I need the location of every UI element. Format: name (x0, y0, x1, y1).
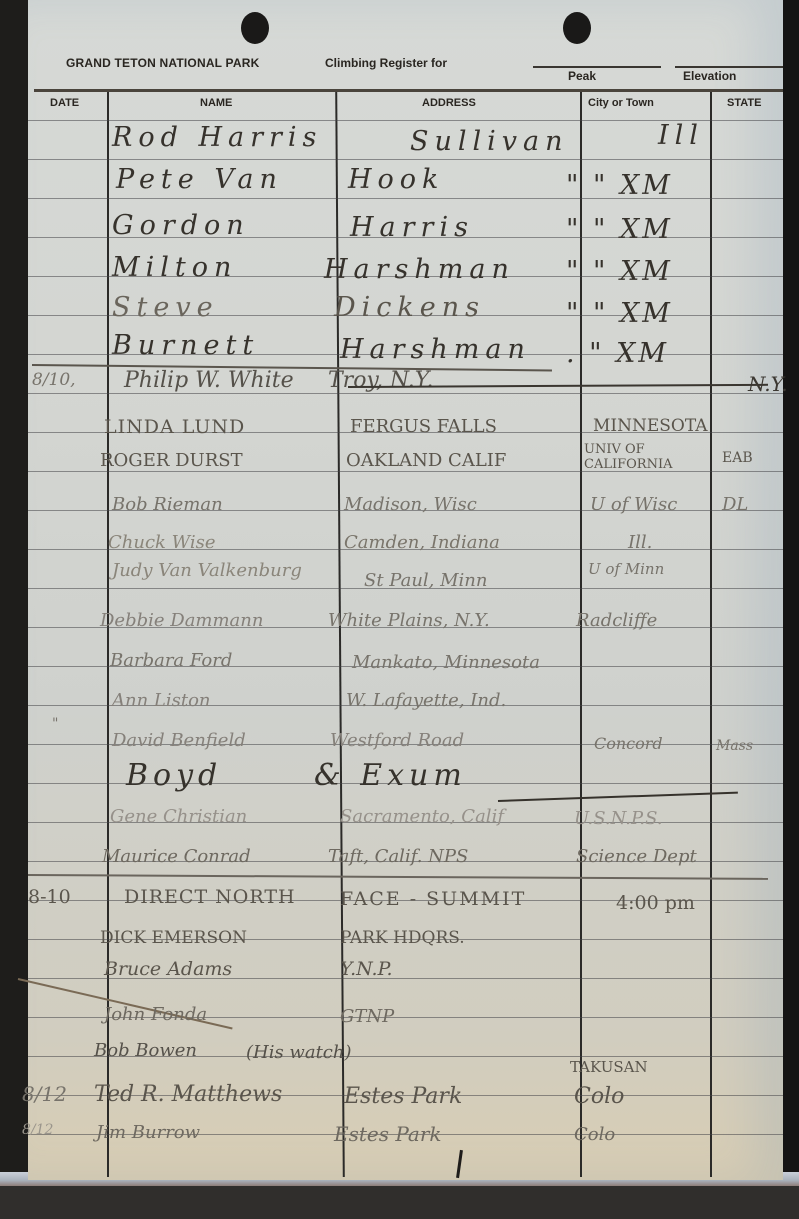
entry-address: FACE - SUMMIT (340, 888, 526, 910)
entry-address: Harshman (324, 254, 515, 285)
entry-address: Mankato, Minnesota (352, 652, 540, 673)
entry-address: Dickens (334, 292, 485, 323)
entry-name: Ted R. Matthews (94, 1082, 282, 1107)
ruled-line (28, 159, 783, 160)
entry-city: UNIV OF CALIFORNIA (584, 442, 706, 472)
entry-state: Ill (658, 120, 704, 151)
entry-name: Gordon (112, 210, 250, 241)
entry-date: 8/12 (22, 1082, 67, 1106)
backdrop-bottom (0, 1186, 799, 1219)
entry-city: Colo (574, 1084, 624, 1109)
peak-field[interactable] (533, 66, 661, 68)
entry-name: Gene Christian (110, 806, 247, 827)
entry-name: Bruce Adams (104, 958, 232, 980)
entry-name: Rod Harris (112, 122, 322, 153)
entry-address: GTNP (340, 1006, 394, 1027)
entry-name: DICK EMERSON (100, 928, 247, 948)
entry-name: Boyd (126, 758, 222, 793)
column-header-city: City or Town (588, 97, 654, 109)
entry-city: Radcliffe (576, 610, 657, 631)
entry-name: LINDA LUND (104, 416, 245, 438)
entry-name: Barbara Ford (110, 650, 232, 671)
entry-name: Philip W. White (124, 368, 294, 393)
entry-city: U of Minn (588, 560, 664, 578)
entry-address: White Plains, N.Y. (328, 610, 490, 631)
peak-label: Peak (568, 69, 596, 83)
entry-name: Debbie Dammann (100, 610, 263, 631)
entry-name: Jim Burrow (96, 1122, 200, 1143)
entry-city: " " XM (566, 256, 673, 287)
register-label: Climbing Register for (325, 56, 447, 70)
entry-address: Harshman (340, 334, 531, 365)
header-rule (34, 89, 783, 92)
entry-address: PARK HDQRS. (340, 928, 465, 948)
entry-name: DIRECT NORTH (124, 886, 296, 908)
punch-hole-icon (563, 12, 591, 44)
signature-flourish (498, 792, 738, 802)
register-sheet: GRAND TETON NATIONAL PARK Climbing Regis… (28, 0, 783, 1180)
entry-address: & Exum (314, 758, 467, 793)
entry-city: . " XM (566, 338, 669, 369)
entry-name: David Benfield (112, 730, 246, 751)
park-title: GRAND TETON NATIONAL PARK (66, 56, 259, 70)
entry-address: (His watch) (246, 1042, 352, 1063)
entry-address: St Paul, Minn (364, 570, 488, 591)
elevation-field[interactable] (675, 66, 783, 68)
entry-address: Madison, Wisc (344, 494, 477, 515)
entry-name: John Fonda (104, 1004, 207, 1025)
column-header-address: ADDRESS (422, 97, 476, 109)
entry-address: Sullivan (410, 126, 569, 157)
entry-city: 4:00 pm (616, 892, 695, 914)
entry-name: Bob Rieman (112, 494, 223, 515)
backdrop-left (0, 0, 28, 1219)
entry-state: EAB (722, 450, 753, 466)
entry-city: " " XM (566, 298, 673, 329)
entry-address: Y.N.P. (340, 958, 393, 980)
entry-address: Hook (348, 164, 444, 195)
entry-date: 8/10, (32, 370, 76, 390)
entry-city: " " XM (566, 214, 673, 245)
entry-date: 8-10 (28, 886, 71, 908)
section-divider-line (28, 874, 768, 880)
entry-address: Taft, Calif. NPS (328, 846, 468, 867)
entry-name: ROGER DURST (100, 450, 243, 471)
entry-city: TAKUSAN (570, 1058, 648, 1076)
entry-address: OAKLAND CALIF (346, 450, 506, 471)
entry-date: 8/12 (22, 1122, 53, 1138)
entry-name: Ann Liston (112, 690, 211, 711)
column-header-name: NAME (200, 97, 232, 109)
entry-city: Science Dept (576, 846, 697, 867)
column-header-state: STATE (727, 97, 761, 109)
column-header-date: DATE (50, 97, 79, 109)
entry-address: Estes Park (334, 1122, 442, 1146)
entry-address: Estes Park (344, 1084, 462, 1109)
entry-address: W. Lafayette, Ind. (346, 690, 506, 711)
entry-address: Harris (350, 212, 474, 243)
entry-name: Judy Van Valkenburg (112, 560, 302, 581)
entry-name: Milton (112, 252, 237, 283)
column-divider (710, 92, 712, 1177)
entry-state: Mass (716, 738, 753, 754)
entry-name: Maurice Conrad (102, 846, 251, 867)
punch-hole-icon (241, 12, 269, 44)
entry-city: U of Wisc (590, 494, 677, 515)
entry-address: Troy, N.Y. (328, 368, 433, 393)
entry-name: Chuck Wise (108, 532, 216, 553)
entry-address: Westford Road (330, 730, 464, 751)
entry-city: U.S.N.P.S. (574, 808, 663, 829)
entry-date: " (52, 716, 58, 732)
entry-state: DL (722, 494, 748, 515)
entry-name: Pete Van (116, 164, 283, 195)
entry-address: FERGUS FALLS (350, 416, 497, 437)
paper-tear (456, 1150, 463, 1178)
column-divider (580, 92, 582, 1177)
entry-address: Sacramento, Calif (340, 806, 504, 827)
entry-name: Burnett (112, 330, 259, 361)
entry-name: Bob Bowen (94, 1040, 197, 1061)
entry-city: Colo (574, 1124, 615, 1145)
entry-name: Steve (112, 292, 219, 323)
entry-city: " " XM (566, 170, 673, 201)
entry-city: Ill. (628, 532, 652, 553)
ruled-line (28, 393, 783, 394)
elevation-label: Elevation (683, 69, 736, 83)
entry-city: MINNESOTA (593, 416, 708, 436)
entry-city: Concord (594, 734, 663, 753)
entry-address: Camden, Indiana (344, 532, 500, 553)
